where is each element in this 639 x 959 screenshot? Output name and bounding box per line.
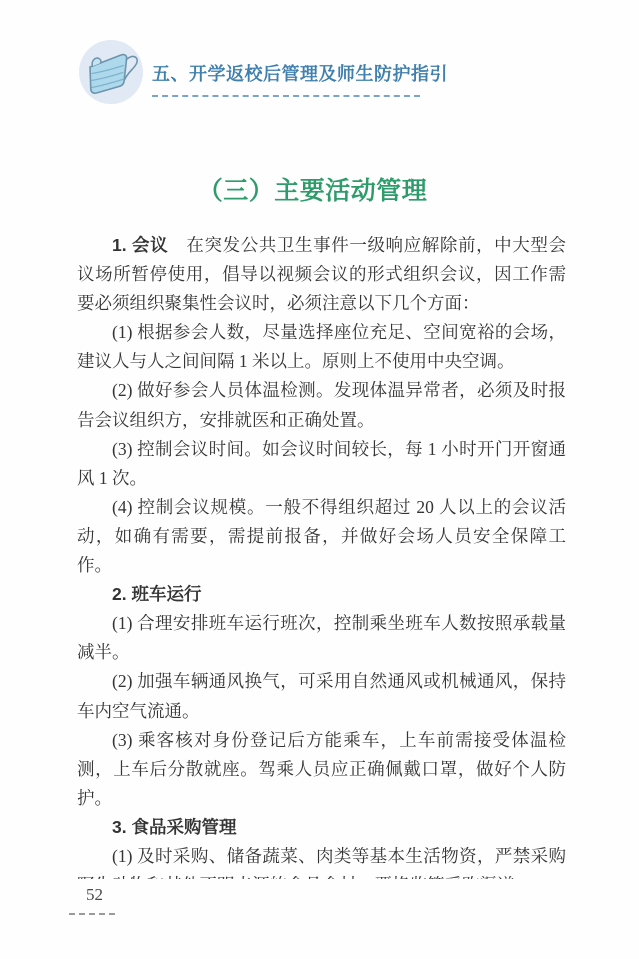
body-paragraphs: 1. 会议 在突发公共卫生事件一级响应解除前，中大型会议场所暂停使用，倡导以视频… — [77, 231, 566, 879]
paragraph: (2) 加强车辆通风换气，可采用自然通风或机械通风，保持车内空气流通。 — [77, 667, 566, 725]
paragraph: 1. 会议 在突发公共卫生事件一级响应解除前，中大型会议场所暂停使用，倡导以视频… — [77, 231, 566, 318]
page-number: 52 — [86, 885, 103, 905]
paragraph: (3) 控制会议时间。如会议时间较长，每 1 小时开门开窗通风 1 次。 — [77, 435, 566, 493]
document-page: 五、开学返校后管理及师生防护指引 （三）主要活动管理 1. 会议 在突发公共卫生… — [0, 0, 639, 959]
paragraph: (4) 控制会议规模。一般不得组织超过 20 人以上的会议活动，如确有需要，需提… — [77, 493, 566, 580]
chapter-title-underline — [152, 95, 420, 97]
chapter-title: 五、开学返校后管理及师生防护指引 — [152, 62, 452, 86]
paragraph: (1) 及时采购、储备蔬菜、肉类等基本生活物资，严禁采购野生动物和其他不明来源的… — [77, 842, 566, 879]
paragraph-lead: 1. 会议 — [112, 235, 168, 255]
page-number-underline — [69, 913, 115, 915]
sub-heading: 2. 班车运行 — [77, 580, 566, 609]
paragraph: (3) 乘客核对身份登记后方能乘车，上车前需接受体温检测，上车后分散就座。驾乘人… — [77, 726, 566, 813]
sub-heading: 3. 食品采购管理 — [77, 813, 566, 842]
face-mask-icon-graphic — [79, 40, 143, 104]
paragraph-lead: 3. 食品采购管理 — [112, 817, 236, 837]
paragraph: (1) 根据参会人数，尽量选择座位充足、空间宽裕的会场，建议人与人之间间隔 1 … — [77, 318, 566, 376]
paragraph: (2) 做好参会人员体温检测。发现体温异常者，必须及时报告会议组织方，安排就医和… — [77, 376, 566, 434]
chapter-header: 五、开学返校后管理及师生防护指引 — [0, 0, 639, 130]
paragraph: (1) 合理安排班车运行班次，控制乘坐班车人数按照承载量减半。 — [77, 609, 566, 667]
paragraph-lead: 2. 班车运行 — [112, 584, 201, 604]
section-heading: （三）主要活动管理 — [0, 176, 625, 208]
face-mask-icon — [79, 40, 143, 104]
